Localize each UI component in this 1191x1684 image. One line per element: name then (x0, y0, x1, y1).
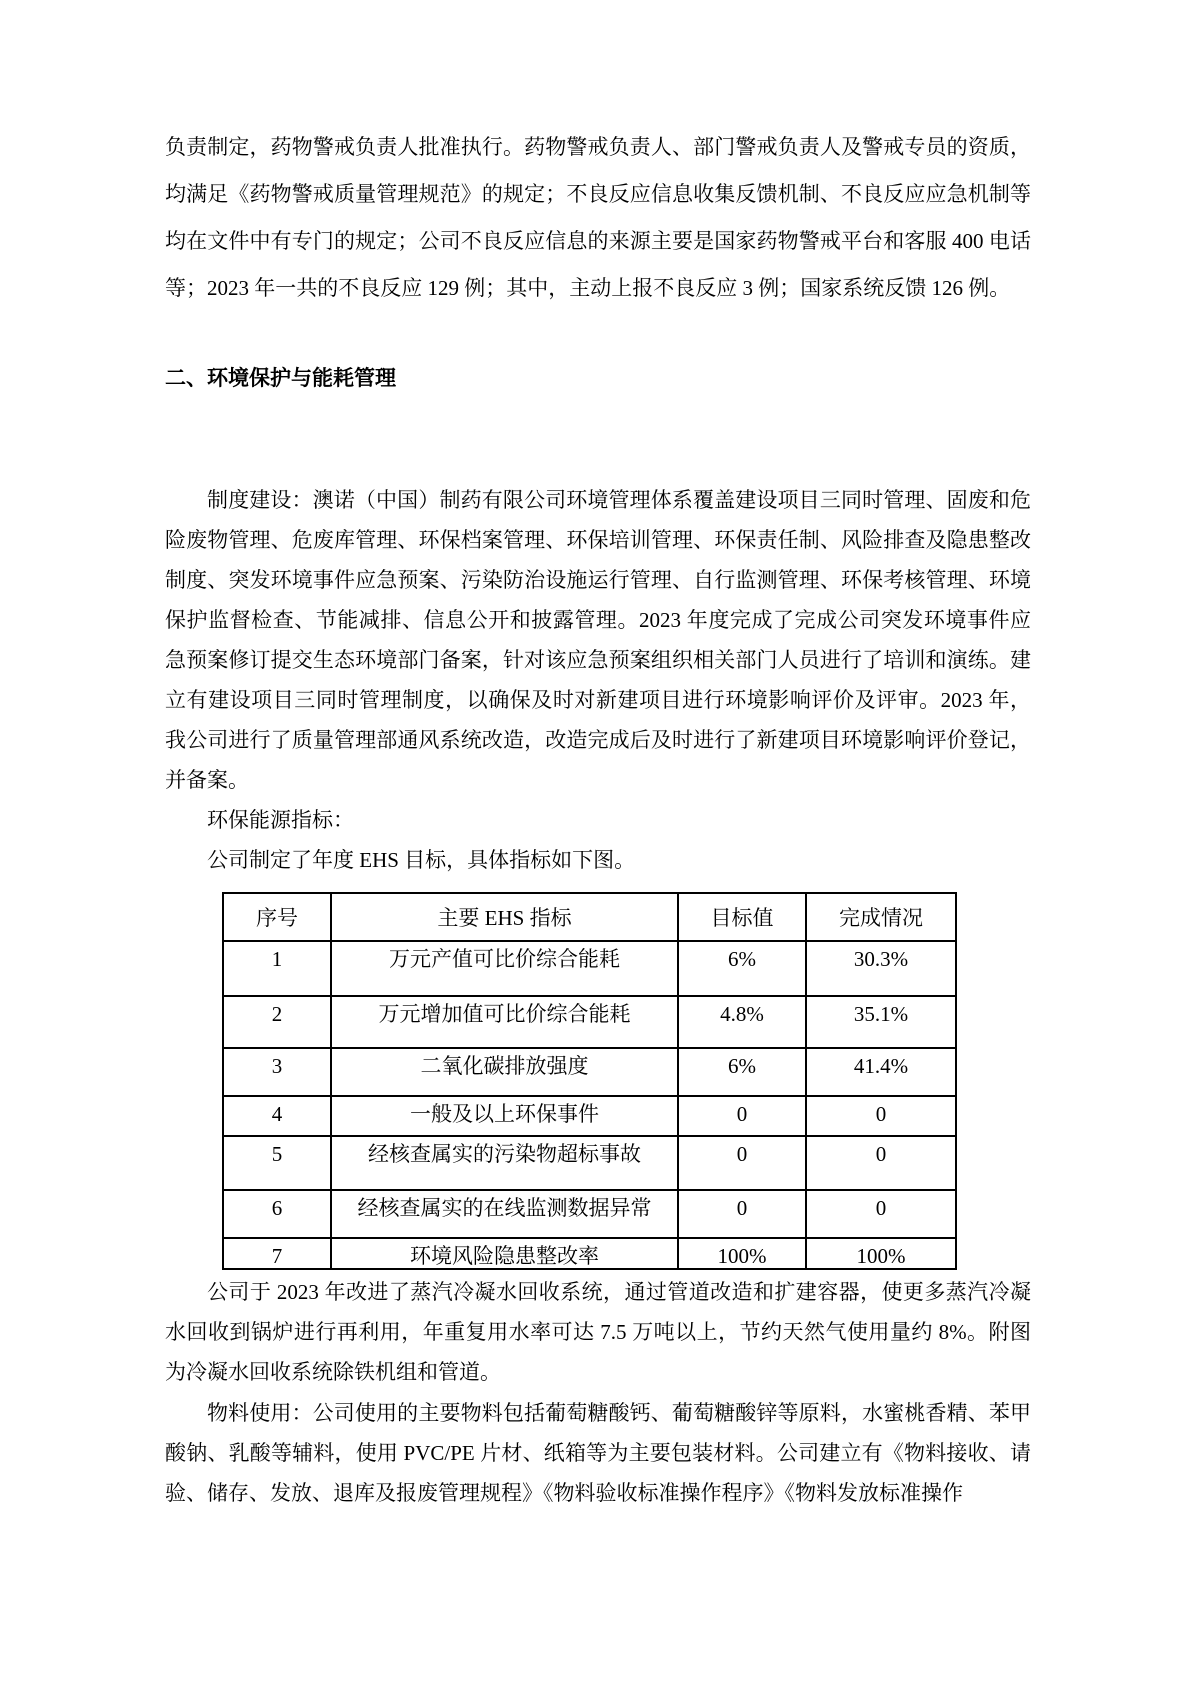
table-cell: 6 (223, 1190, 331, 1238)
table-header-indicator: 主要 EHS 指标 (331, 893, 678, 941)
table-row: 1 万元产值可比价综合能耗 6% 30.3% (223, 941, 956, 996)
table-cell: 万元增加值可比价综合能耗 (331, 996, 678, 1048)
table-row: 7 环境风险隐患整改率 100% 100% (223, 1238, 956, 1269)
table-cell: 4 (223, 1096, 331, 1136)
table-header-target: 目标值 (678, 893, 806, 941)
table-row: 2 万元增加值可比价综合能耗 4.8% 35.1% (223, 996, 956, 1048)
table-cell: 0 (806, 1136, 956, 1190)
table-cell: 41.4% (806, 1048, 956, 1096)
document-page: 负责制定，药物警戒负责人批准执行。药物警戒负责人、部门警戒负责人及警戒专员的资质… (0, 0, 1191, 1684)
ehs-indicator-table: 序号 主要 EHS 指标 目标值 完成情况 1 万元产值可比价综合能耗 6% 3… (222, 892, 957, 1270)
line-env-energy-label: 环保能源指标： (165, 800, 1031, 840)
table-row: 4 一般及以上环保事件 0 0 (223, 1096, 956, 1136)
table-cell: 经核查属实的污染物超标事故 (331, 1136, 678, 1190)
table-cell: 7 (223, 1238, 331, 1269)
table-cell: 5 (223, 1136, 331, 1190)
line-ehs-goal: 公司制定了年度 EHS 目标，具体指标如下图。 (165, 840, 1031, 880)
table-cell: 2 (223, 996, 331, 1048)
table-cell: 6% (678, 1048, 806, 1096)
paragraph-pharmacovigilance: 负责制定，药物警戒负责人批准执行。药物警戒负责人、部门警戒负责人及警戒专员的资质… (165, 124, 1031, 312)
paragraph-material-usage: 物料使用：公司使用的主要物料包括葡萄糖酸钙、葡萄糖酸锌等原料，水蜜桃香精、苯甲酸… (165, 1393, 1031, 1513)
section-heading-environment: 二、环境保护与能耗管理 (165, 362, 396, 394)
paragraph-condensate-recovery: 公司于 2023 年改进了蒸汽冷凝水回收系统，通过管道改造和扩建容器，使更多蒸汽… (165, 1272, 1031, 1392)
table-cell: 0 (806, 1190, 956, 1238)
environment-section-body: 制度建设：澳诺（中国）制药有限公司环境管理体系覆盖建设项目三同时管理、固废和危险… (165, 480, 1031, 880)
table-cell: 万元产值可比价综合能耗 (331, 941, 678, 996)
table-cell: 100% (678, 1238, 806, 1269)
table-cell: 6% (678, 941, 806, 996)
table-header-completion: 完成情况 (806, 893, 956, 941)
table-cell: 0 (678, 1096, 806, 1136)
table-cell: 经核查属实的在线监测数据异常 (331, 1190, 678, 1238)
paragraph-system-construction: 制度建设：澳诺（中国）制药有限公司环境管理体系覆盖建设项目三同时管理、固废和危险… (165, 480, 1031, 800)
table-header-row: 序号 主要 EHS 指标 目标值 完成情况 (223, 893, 956, 941)
table-header-index: 序号 (223, 893, 331, 941)
table-cell: 30.3% (806, 941, 956, 996)
table-row: 3 二氧化碳排放强度 6% 41.4% (223, 1048, 956, 1096)
table-cell: 35.1% (806, 996, 956, 1048)
table-cell: 4.8% (678, 996, 806, 1048)
table-cell: 一般及以上环保事件 (331, 1096, 678, 1136)
table-cell: 0 (678, 1136, 806, 1190)
table-row: 6 经核查属实的在线监测数据异常 0 0 (223, 1190, 956, 1238)
table-cell: 1 (223, 941, 331, 996)
table-cell: 0 (806, 1096, 956, 1136)
table-cell: 100% (806, 1238, 956, 1269)
table-cell: 3 (223, 1048, 331, 1096)
table-row: 5 经核查属实的污染物超标事故 0 0 (223, 1136, 956, 1190)
table-cell: 二氧化碳排放强度 (331, 1048, 678, 1096)
table-cell: 环境风险隐患整改率 (331, 1238, 678, 1269)
table-cell: 0 (678, 1190, 806, 1238)
